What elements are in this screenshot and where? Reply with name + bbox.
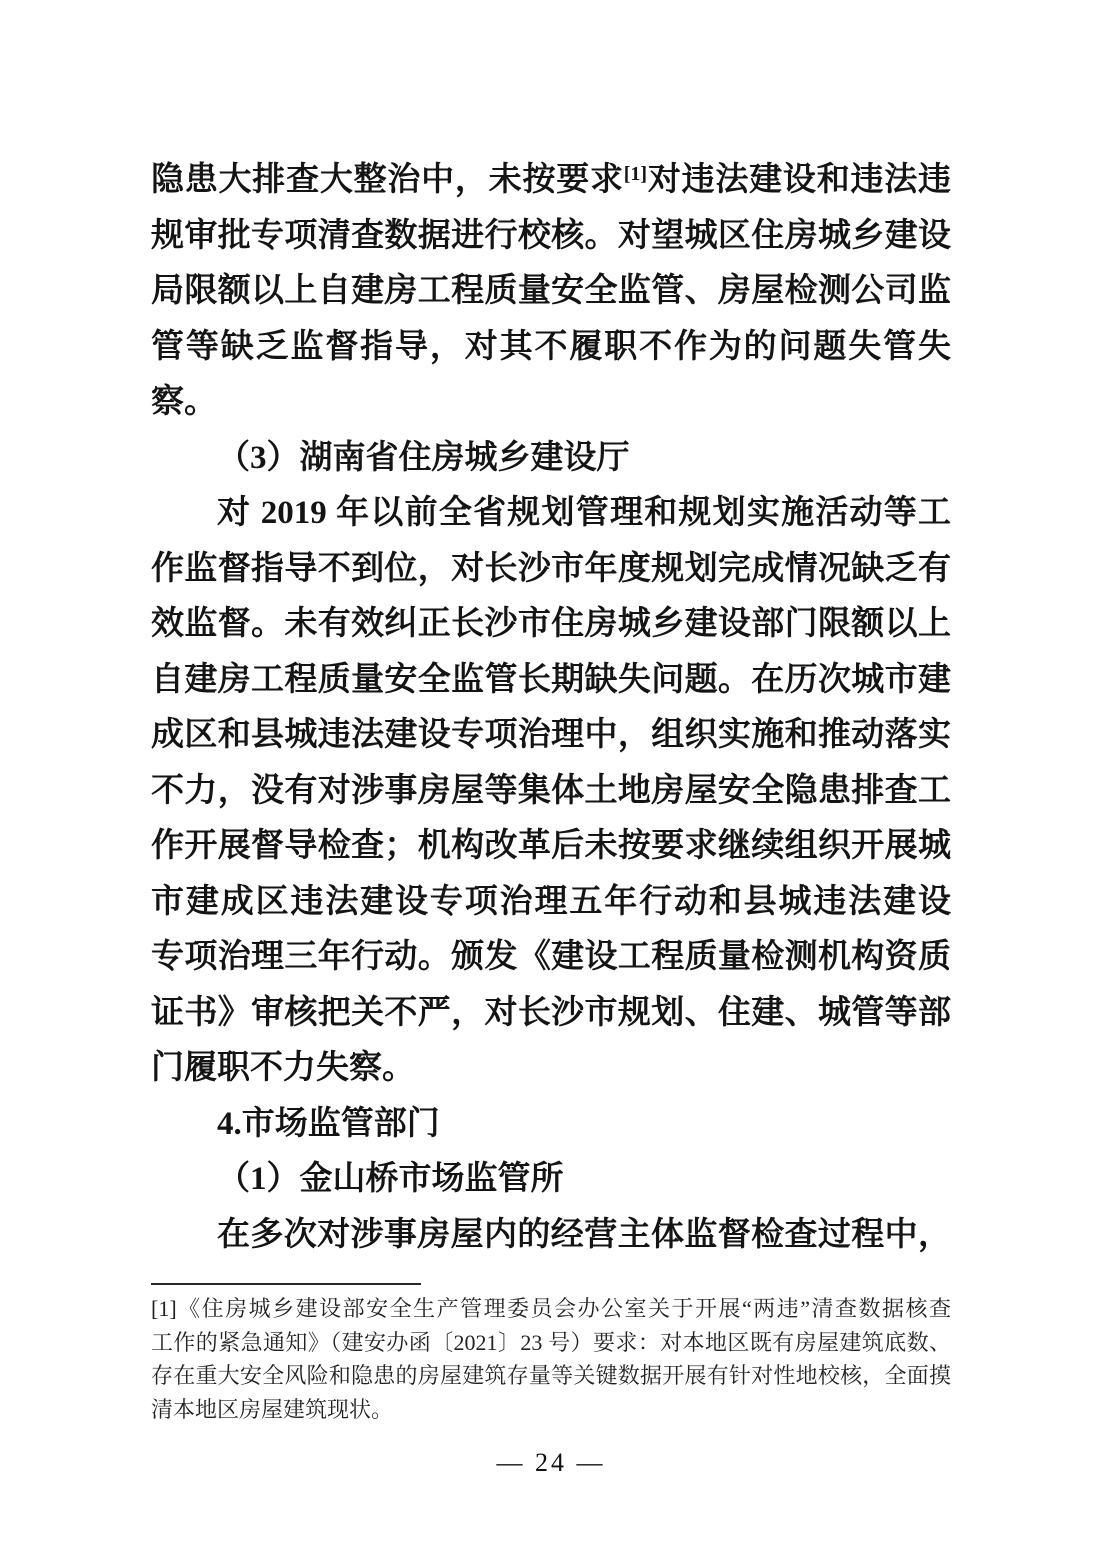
body-line: 管等缺乏监督指导，对其不履职不作为的问题失管失	[151, 320, 951, 376]
body-line: 隐患大排查大整治中，未按要求[1]对违法建设和违法违	[151, 153, 951, 209]
body-line: 作监督指导不到位，对长沙市年度规划完成情况缺乏有	[151, 542, 951, 598]
document-page: 隐患大排查大整治中，未按要求[1]对违法建设和违法违 规审批专项清查数据进行校核…	[0, 0, 1102, 1559]
section-heading-4: 4.市场监管部门	[151, 1097, 951, 1153]
body-line: 成区和县城违法建设专项治理中，组织实施和推动落实	[151, 708, 951, 764]
footnote-line: 工作的紧急通知》（建安办函〔2021〕23 号）要求：对本地区既有房屋建筑底数、	[151, 1326, 951, 1360]
body-line: 不力，没有对涉事房屋等集体土地房屋安全隐患排查工	[151, 764, 951, 820]
footnote-line: 存在重大安全风险和隐患的房屋建筑存量等关键数据开展有针对性地校核，全面摸	[151, 1359, 951, 1393]
body-line: 作开展督导检查；机构改革后未按要求继续组织开展城	[151, 819, 951, 875]
footnote-line: [1]《住房城乡建设部安全生产管理委员会办公室关于开展“两违”清查数据核查	[151, 1292, 951, 1326]
body-line: 门履职不力失察。	[151, 1041, 951, 1097]
section-heading-3: （3）湖南省住房城乡建设厅	[151, 431, 951, 487]
body-line: 专项治理三年行动。颁发《建设工程质量检测机构资质	[151, 930, 951, 986]
body-text: 对违法建设和违法违	[647, 162, 951, 198]
body-line: 察。	[151, 375, 951, 431]
body-line: 证书》审核把关不严，对长沙市规划、住建、城管等部	[151, 986, 951, 1042]
body-line: 自建房工程质量安全监管长期缺失问题。在历次城市建	[151, 653, 951, 709]
subsection-heading-1: （1）金山桥市场监管所	[151, 1152, 951, 1208]
body-line: 规审批专项清查数据进行校核。对望城区住房城乡建设	[151, 209, 951, 265]
page-number: — 24 —	[0, 1448, 1102, 1478]
body-text: 隐患大排查大整治中，未按要求	[151, 162, 624, 198]
body-line: 市建成区违法建设专项治理五年行动和县城违法建设	[151, 875, 951, 931]
footnote-divider	[151, 1283, 421, 1285]
body-line: 效监督。未有效纠正长沙市住房城乡建设部门限额以上	[151, 597, 951, 653]
footnote-ref-marker: [1]	[624, 163, 647, 185]
body-line: 在多次对涉事房屋内的经营主体监督检查过程中，	[151, 1208, 951, 1264]
body-text-column: 隐患大排查大整治中，未按要求[1]对违法建设和违法违 规审批专项清查数据进行校核…	[151, 153, 951, 1263]
footnote-line: 清本地区房屋建筑现状。	[151, 1393, 951, 1427]
body-line: 局限额以上自建房工程质量安全监管、房屋检测公司监	[151, 264, 951, 320]
footnote-block: [1]《住房城乡建设部安全生产管理委员会办公室关于开展“两违”清查数据核查 工作…	[151, 1292, 951, 1426]
body-line: 对 2019 年以前全省规划管理和规划实施活动等工	[151, 486, 951, 542]
